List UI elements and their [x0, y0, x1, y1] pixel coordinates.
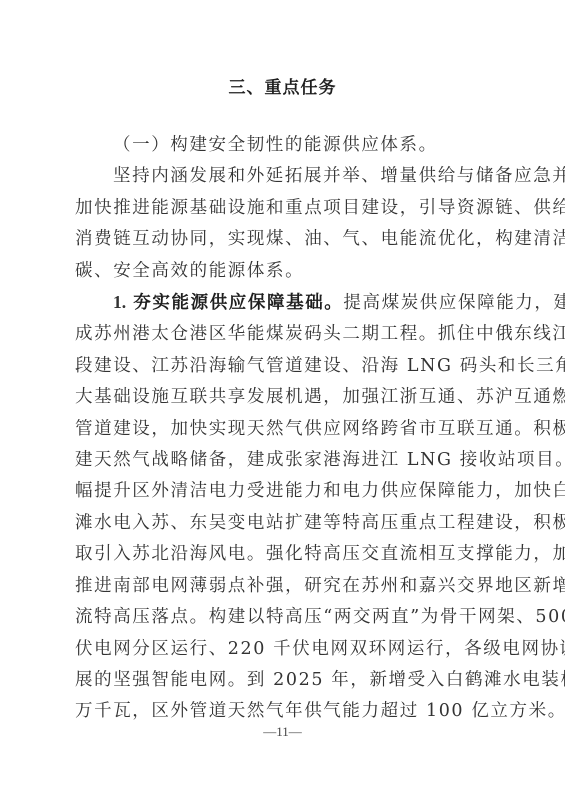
subsection-heading: （一）构建安全韧性的能源供应体系。 — [75, 130, 485, 161]
page-number: —11— — [0, 724, 565, 740]
paragraph-line: 坚持内涵发展和外延拓展并举、增量供给与储备应急并重， — [75, 161, 485, 192]
paragraph-line: 管道建设，加快实现天然气供应网络跨省市互联互通。积极构 — [75, 414, 485, 445]
item-1-first-line: 1. 夯实能源供应保障基础。提高煤炭供应保障能力，建 — [75, 287, 485, 319]
paragraph-line: 取引入苏北沿海风电。强化特高压交直流相互支撑能力，加快 — [75, 539, 485, 570]
paragraph-line: 万千瓦，区外管道天然气年供气能力超过 100 亿立方米。 — [75, 696, 485, 727]
paragraph-line: 流特高压落点。构建以特高压“两交两直”为骨干网架、500 千 — [75, 602, 485, 633]
paragraph-line: 成苏州港太仓港区华能煤炭码头二期工程。抓住中俄东线江苏 — [75, 319, 485, 350]
paragraph-line: 建天然气战略储备，建成张家港海进江 LNG 接收站项目。大 — [75, 445, 485, 476]
paragraph-line: 滩水电入苏、东吴变电站扩建等特高压重点工程建设，积极争 — [75, 508, 485, 539]
section-title: 三、重点任务 — [0, 73, 565, 98]
paragraph-line: 幅提升区外清洁电力受进能力和电力供应保障能力，加快白鹤 — [75, 476, 485, 507]
paragraph-line: 伏电网分区运行、220 千伏电网双环网运行，各级电网协调发 — [75, 634, 485, 665]
paragraph-line: 消费链互动协同，实现煤、油、气、电能流优化，构建清洁低 — [75, 224, 485, 255]
paragraph-line: 加快推进能源基础设施和重点项目建设，引导资源链、供给链、 — [75, 193, 485, 224]
item-heading: 夯实能源供应保障基础。 — [133, 293, 343, 313]
paragraph-line: 推进南部电网薄弱点补强，研究在苏州和嘉兴交界地区新增交 — [75, 571, 485, 602]
item-number: 1. — [113, 292, 126, 312]
paragraph-line: 大基础设施互联共享发展机遇，加强江浙互通、苏沪互通燃气 — [75, 382, 485, 413]
paragraph-line: 展的坚强智能电网。到 2025 年，新增受入白鹤滩水电装机 800 — [75, 665, 485, 696]
document-body: （一）构建安全韧性的能源供应体系。 坚持内涵发展和外延拓展并举、增量供给与储备应… — [75, 130, 485, 728]
paragraph-line: 段建设、江苏沿海输气管道建设、沿海 LNG 码头和长三角重 — [75, 351, 485, 382]
paragraph-line: 碳、安全高效的能源体系。 — [75, 256, 485, 287]
item-first-line-text: 提高煤炭供应保障能力，建 — [343, 293, 565, 313]
